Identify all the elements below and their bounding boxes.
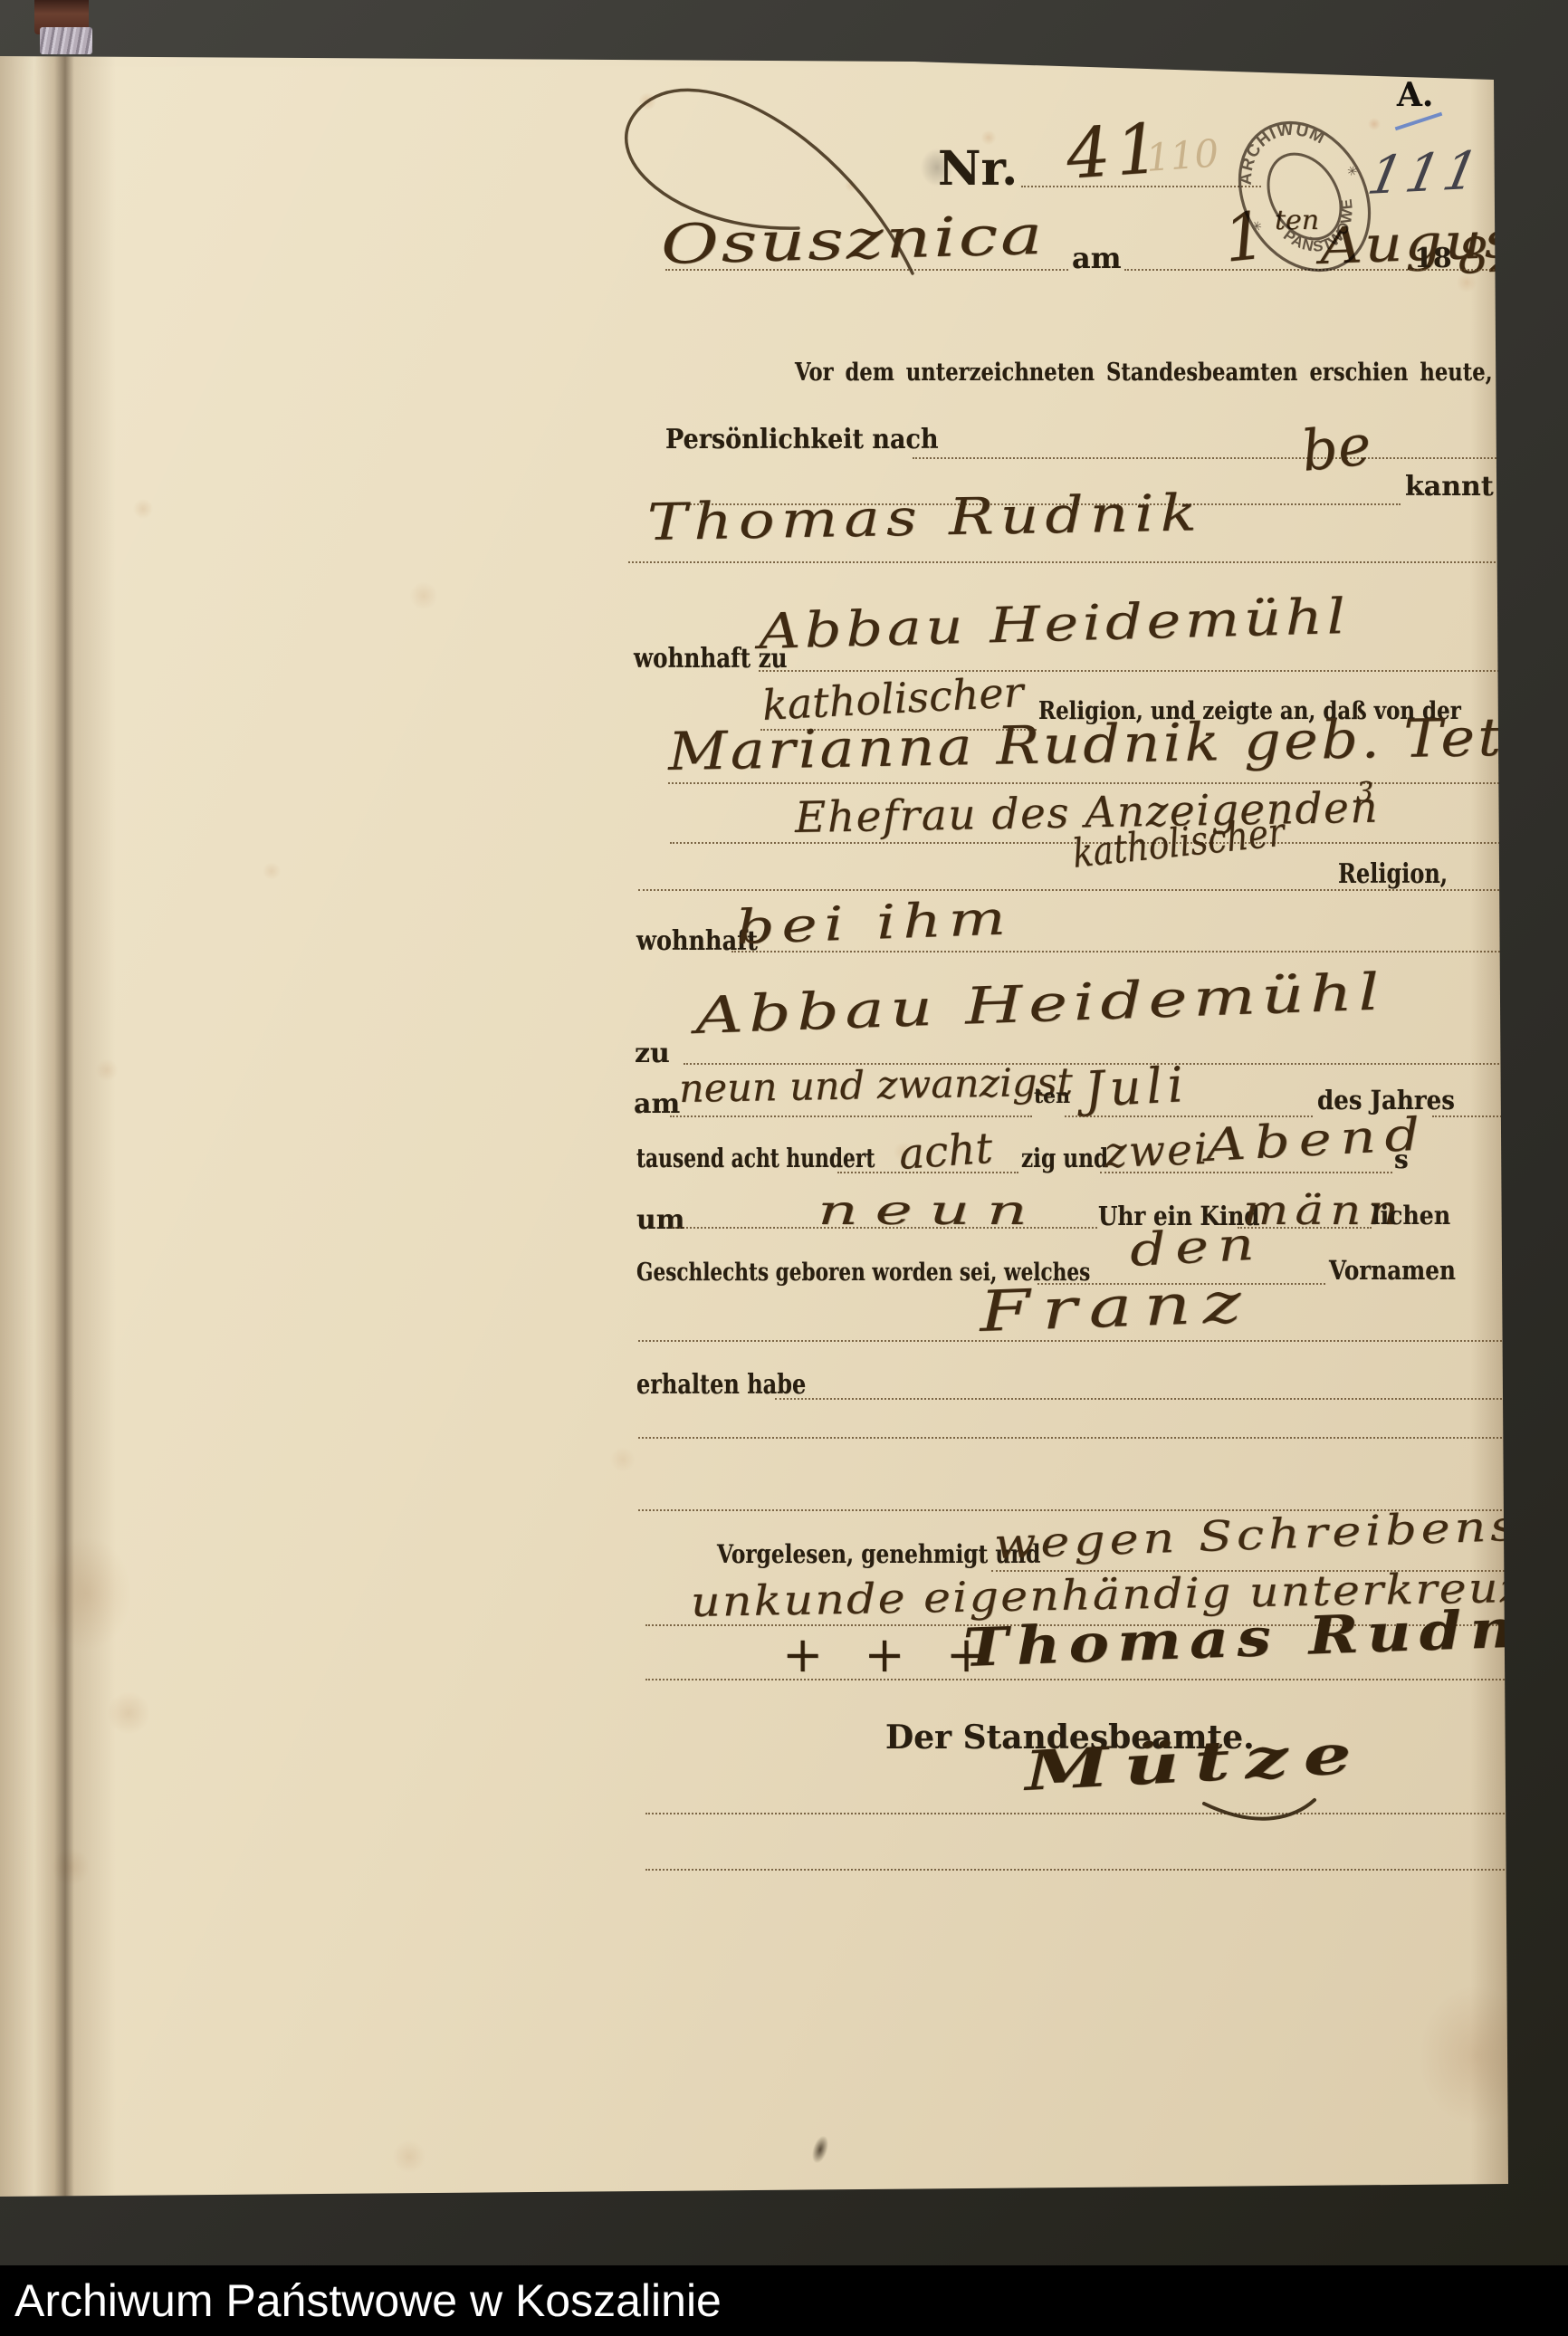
dotted-line (638, 1340, 1535, 1342)
stamp-text-top: ARCHIWUM (1219, 101, 1334, 194)
firstname-value: Franz (979, 1269, 1254, 1344)
known-suffix: kannt (1405, 471, 1494, 503)
residence2-value: bei ihm (735, 891, 1013, 955)
dotted-line (731, 951, 1539, 953)
dotted-line (638, 889, 1539, 891)
birthmonth-value: Juli (1083, 1056, 1190, 1118)
article-value: den (1128, 1217, 1264, 1277)
record-number-value: 41 (1064, 108, 1168, 195)
intro-line: Vor dem unterzeichneten Standesbeamten e… (795, 359, 1543, 387)
ink-smudge (808, 2133, 831, 2165)
dotted-line (1432, 1115, 1530, 1117)
previous-page-edge (0, 0, 127, 2336)
identity-label: Persönlichkeit nach (665, 424, 939, 455)
am-label: am (1072, 241, 1122, 275)
dotted-line (645, 1813, 1530, 1814)
dotted-line (645, 1679, 1530, 1680)
svg-text:ARCHIWUM: ARCHIWUM (1219, 101, 1334, 194)
dotted-line (672, 1227, 1097, 1229)
archive-footer-bar: Archiwum Państwowe w Koszalinie (0, 2265, 1568, 2336)
birthplace-value: Abbau Heidemühl (694, 962, 1386, 1046)
place-name: Osusznica (660, 204, 1046, 277)
birthday-value: neun und zwanzigst (679, 1059, 1074, 1112)
dotted-line (628, 561, 1539, 563)
religion2-suffix: Religion, (1338, 858, 1448, 890)
dotted-line (1100, 1172, 1392, 1173)
declarant-name: Thomas Rudnik (646, 483, 1203, 552)
dotted-line (645, 1869, 1530, 1871)
hour-label: um (636, 1204, 685, 1236)
svg-text:PAŃSTWOWE: PAŃSTWOWE (1276, 191, 1372, 272)
binding-threads (40, 27, 92, 54)
closing-printed: Vorgelesen, genehmigt und (717, 1539, 1040, 1569)
stamp-text-bottom: PAŃSTWOWE (1276, 191, 1372, 272)
dotted-line (913, 457, 1539, 459)
birthday-suffix: ten (1034, 1085, 1070, 1108)
gender-suffix: lichen (1372, 1201, 1450, 1230)
year-mid-label: zig und (1021, 1143, 1108, 1173)
known-insert: be (1298, 411, 1374, 484)
scan-background: 110 Nr. 41 Osusznica am 1 ten August 18 … (0, 0, 1568, 2336)
archive-name: Archiwum Państwowe w Koszalinie (14, 2275, 722, 2326)
dotted-line (775, 1398, 1535, 1400)
record-number-label: Nr. (938, 141, 1018, 196)
received-label: erhalten habe (636, 1369, 806, 1401)
vornamen-label: Vornamen (1329, 1255, 1456, 1286)
dotted-line (837, 1172, 1018, 1173)
daytime-suffix: s (1394, 1144, 1409, 1174)
dotted-line (759, 670, 1539, 672)
dotted-line (670, 1115, 1032, 1117)
residence-value: Abbau Heidemühl (758, 588, 1350, 660)
year-value: 82 (1456, 225, 1521, 285)
birthplace-label: zu (635, 1038, 670, 1069)
book-page: 110 Nr. 41 Osusznica am 1 ten August 18 … (0, 0, 1568, 2336)
dotted-line (638, 1437, 1535, 1439)
dotted-line (668, 782, 1539, 784)
dotted-line (665, 269, 1068, 271)
year-prefix: tausend acht hundert (636, 1143, 875, 1173)
blue-underline-mark (1395, 112, 1443, 130)
stamp-star-right-icon: ✳ (1344, 162, 1361, 180)
stamp-star-left-icon: ✳ (1248, 217, 1265, 235)
year-ones-value: zwei (1104, 1125, 1210, 1178)
page-edge-shadow (1470, 0, 1512, 2336)
corner-mark: A. (1397, 76, 1433, 114)
